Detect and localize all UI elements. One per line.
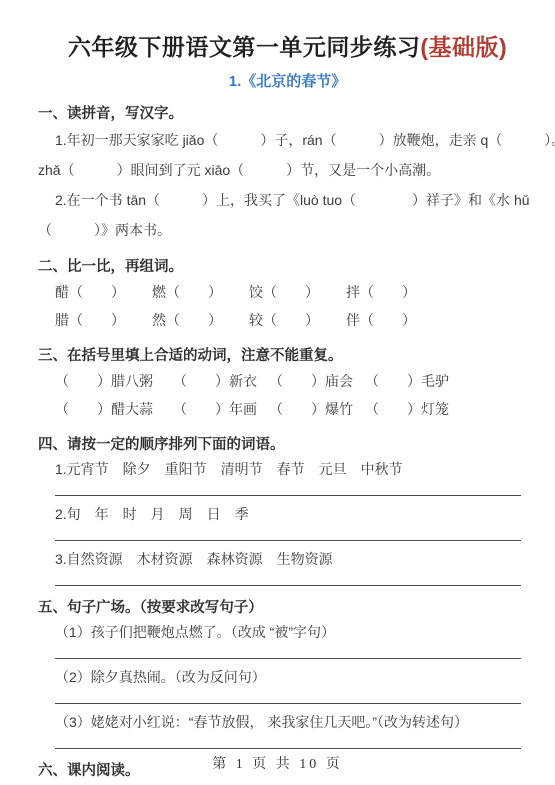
verb-blank: （ ）毛驴 — [365, 367, 461, 395]
word-blank: 饺（ ） — [249, 278, 346, 306]
section-4-ordering: 四、请按一定的顺序排列下面的词语。 1.元宵节 除夕 重阳节 清明节 春节 元旦… — [38, 434, 537, 586]
section-3-verbs: 三、在括号里填上合适的动词，注意不能重复。 （ ）腊八粥 （ ）新衣 （ ）庙会… — [38, 345, 537, 423]
word-blank: 拌（ ） — [346, 278, 443, 306]
section-1-pinyin: 一、读拼音，写汉字。 1.年初一那天家家吃 jiǎo（ ）子，rán（ ）放鞭炮… — [38, 103, 537, 245]
question-line: 2.在一个书 tān（ ）上，我买了《luò tuo（ ）祥子》和《水 hǔ — [38, 185, 537, 215]
section-1-heading: 一、读拼音，写汉字。 — [38, 103, 537, 125]
verb-row: （ ）腊八粥 （ ）新衣 （ ）庙会 （ ）毛驴 — [38, 367, 537, 395]
word-row: 腊（ ） 然（ ） 较（ ） 伴（ ） — [38, 306, 537, 334]
section-5-heading: 五、句子广场。（按要求改写句子） — [38, 597, 537, 619]
answer-blank-line — [55, 645, 521, 659]
question-line: （1）孩子们把鞭炮点燃了。（改成 “被”字句） — [38, 619, 537, 645]
answer-blank-line — [55, 735, 521, 749]
answer-blank-line — [55, 690, 521, 704]
word-blank: 腊（ ） — [55, 306, 152, 334]
question-line: 3.自然资源 木材资源 森林资源 生物资源 — [38, 546, 537, 572]
answer-blank-line — [55, 482, 521, 496]
section-2-heading: 二、比一比，再组词。 — [38, 256, 537, 278]
question-line: （ ）》两本书。 — [38, 215, 537, 245]
page-title: 六年级下册语文第一单元同步练习(基础版) — [38, 30, 537, 64]
verb-row: （ ）醋大蒜 （ ）年画 （ ）爆竹 （ ）灯笼 — [38, 395, 537, 423]
section-3-heading: 三、在括号里填上合适的动词，注意不能重复。 — [38, 345, 537, 367]
word-blank: 伴（ ） — [346, 306, 443, 334]
section-2-word-compare: 二、比一比，再组词。 醋（ ） 燃（ ） 饺（ ） 拌（ ） 腊（ ） 然（ ）… — [38, 256, 537, 334]
title-main: 六年级下册语文第一单元同步练习 — [68, 34, 421, 60]
verb-blank: （ ）腊八粥 — [55, 367, 173, 395]
verb-blank: （ ）新衣 — [173, 367, 269, 395]
word-row: 醋（ ） 燃（ ） 饺（ ） 拌（ ） — [38, 278, 537, 306]
question-line: 1.年初一那天家家吃 jiǎo（ ）子，rán（ ）放鞭炮，走亲 q（ ）。 — [38, 125, 537, 155]
answer-blank-line — [55, 572, 521, 586]
word-blank: 燃（ ） — [152, 278, 249, 306]
question-line: （3）姥姥对小红说：“春节放假， 来我家住几天吧。”（改为转述句） — [38, 709, 537, 735]
verb-blank: （ ）年画 — [173, 395, 269, 423]
question-line: zhǎ（ ）眼间到了元 xiāo（ ）节，又是一个小高潮。 — [38, 155, 537, 185]
word-blank: 然（ ） — [152, 306, 249, 334]
section-4-heading: 四、请按一定的顺序排列下面的词语。 — [38, 434, 537, 456]
verb-blank: （ ）醋大蒜 — [55, 395, 173, 423]
question-line: 1.元宵节 除夕 重阳节 清明节 春节 元旦 中秋节 — [38, 456, 537, 482]
title-edition-tag: (基础版) — [420, 34, 507, 60]
page-number-footer: 第 1 页 共 10 页 — [0, 755, 555, 775]
verb-blank: （ ）庙会 — [269, 367, 365, 395]
word-blank: 较（ ） — [249, 306, 346, 334]
verb-blank: （ ）爆竹 — [269, 395, 365, 423]
word-blank: 醋（ ） — [55, 278, 152, 306]
answer-blank-line — [55, 527, 521, 541]
section-5-sentences: 五、句子广场。（按要求改写句子） （1）孩子们把鞭炮点燃了。（改成 “被”字句）… — [38, 597, 537, 749]
question-line: （2）除夕真热闹。（改为反问句） — [38, 664, 537, 690]
question-line: 2.旬 年 时 月 周 日 季 — [38, 501, 537, 527]
lesson-subtitle: 1.《北京的春节》 — [38, 72, 537, 92]
worksheet-page: 六年级下册语文第一单元同步练习(基础版) 1.《北京的春节》 一、读拼音，写汉字… — [0, 0, 555, 785]
verb-blank: （ ）灯笼 — [365, 395, 461, 423]
